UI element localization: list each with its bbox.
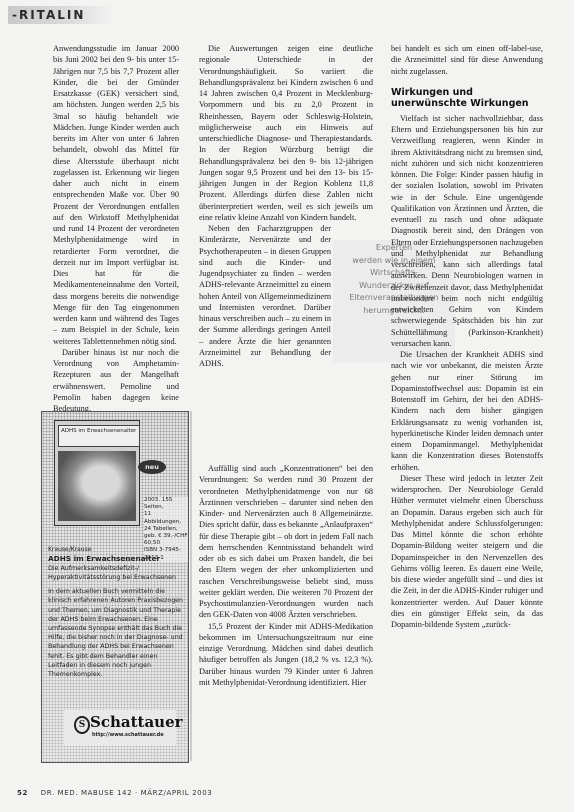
subheading: Wirkungen und unerwünschte Wirkungen <box>391 87 543 110</box>
paragraph: Anwendungsstudie im Januar 2000 bis Juni… <box>53 43 179 347</box>
publisher-url: http://www.schattauer.de <box>92 732 164 738</box>
spec-line: 11 Abbildungen, <box>144 511 188 525</box>
ad-copy: Krause/Krause ADHS im Erwachsenenalter D… <box>48 545 184 679</box>
book-description: In dem aktuellen Buch vermitteln die kli… <box>48 587 184 679</box>
paragraph: Darüber hinaus ist nur noch die Verordnu… <box>53 347 179 415</box>
book-cover-photo <box>58 451 136 521</box>
book-cover: ADHS im Erwachsenenalter <box>54 420 140 526</box>
paragraph: 15,5 Prozent der Kinder mit ADHS-Medikat… <box>199 621 373 689</box>
paragraph: Vielfach ist sicher nachvollziehbar, das… <box>391 113 543 349</box>
book-advertisement: ADHS im Erwachsenenalter neu 2003. 155 S… <box>41 411 189 763</box>
book-cover-title: ADHS im Erwachsenenalter <box>58 425 140 447</box>
paragraph: Neben den Facharztgruppen der Kinderärzt… <box>199 223 331 369</box>
publication-info: DR. MED. MABUSE 142 · MÄRZ/APRIL 2003 <box>41 789 213 797</box>
subheading-line: Wirkungen und <box>391 87 543 99</box>
book-subtitle: Die Aufmerksamkeitsdefizit-/ <box>48 564 184 573</box>
subheading-line: unerwünschte Wirkungen <box>391 98 543 110</box>
page-footer: 52 DR. MED. MABUSE 142 · MÄRZ/APRIL 2003 <box>17 789 212 797</box>
book-subtitle: Hyperaktivitätsstörung bei Erwachsenen <box>48 573 184 582</box>
publisher-name: Schattauer <box>90 712 183 732</box>
paragraph: Dieser These wird jedoch in letzter Zeit… <box>391 473 543 631</box>
column-1: Anwendungsstudie im Januar 2000 bis Juni… <box>53 43 179 414</box>
paragraph: Die Auswertungen zeigen eine deutliche r… <box>199 43 373 223</box>
paragraph: bei handelt es sich um einen off-label-u… <box>391 43 543 77</box>
book-authors: Krause/Krause <box>48 545 184 554</box>
ad-divider <box>190 411 192 761</box>
publisher-logo: S Schattauer http://www.schattauer.de <box>64 710 176 746</box>
paragraph: Die Ursachen der Krankheit ADHS sind nac… <box>391 349 543 473</box>
paragraph: Auffällig sind auch „Konzentrationen“ be… <box>199 463 373 621</box>
section-header: -RITALIN <box>8 6 113 24</box>
publisher-mark-icon: S <box>74 716 90 734</box>
book-title: ADHS im Erwachsenenalter <box>48 554 184 564</box>
page-number: 52 <box>17 789 28 797</box>
new-badge: neu <box>138 460 166 474</box>
column-3: bei handelt es sich um einen off-label-u… <box>391 43 543 630</box>
spec-line: 24 Tabellen, <box>144 526 188 533</box>
magazine-page: -RITALIN Anwendungsstudie im Januar 2000… <box>0 0 574 812</box>
column-2-lower: Auffällig sind auch „Konzentrationen“ be… <box>199 463 373 688</box>
spec-line: 2003. 155 Seiten, <box>144 497 188 511</box>
